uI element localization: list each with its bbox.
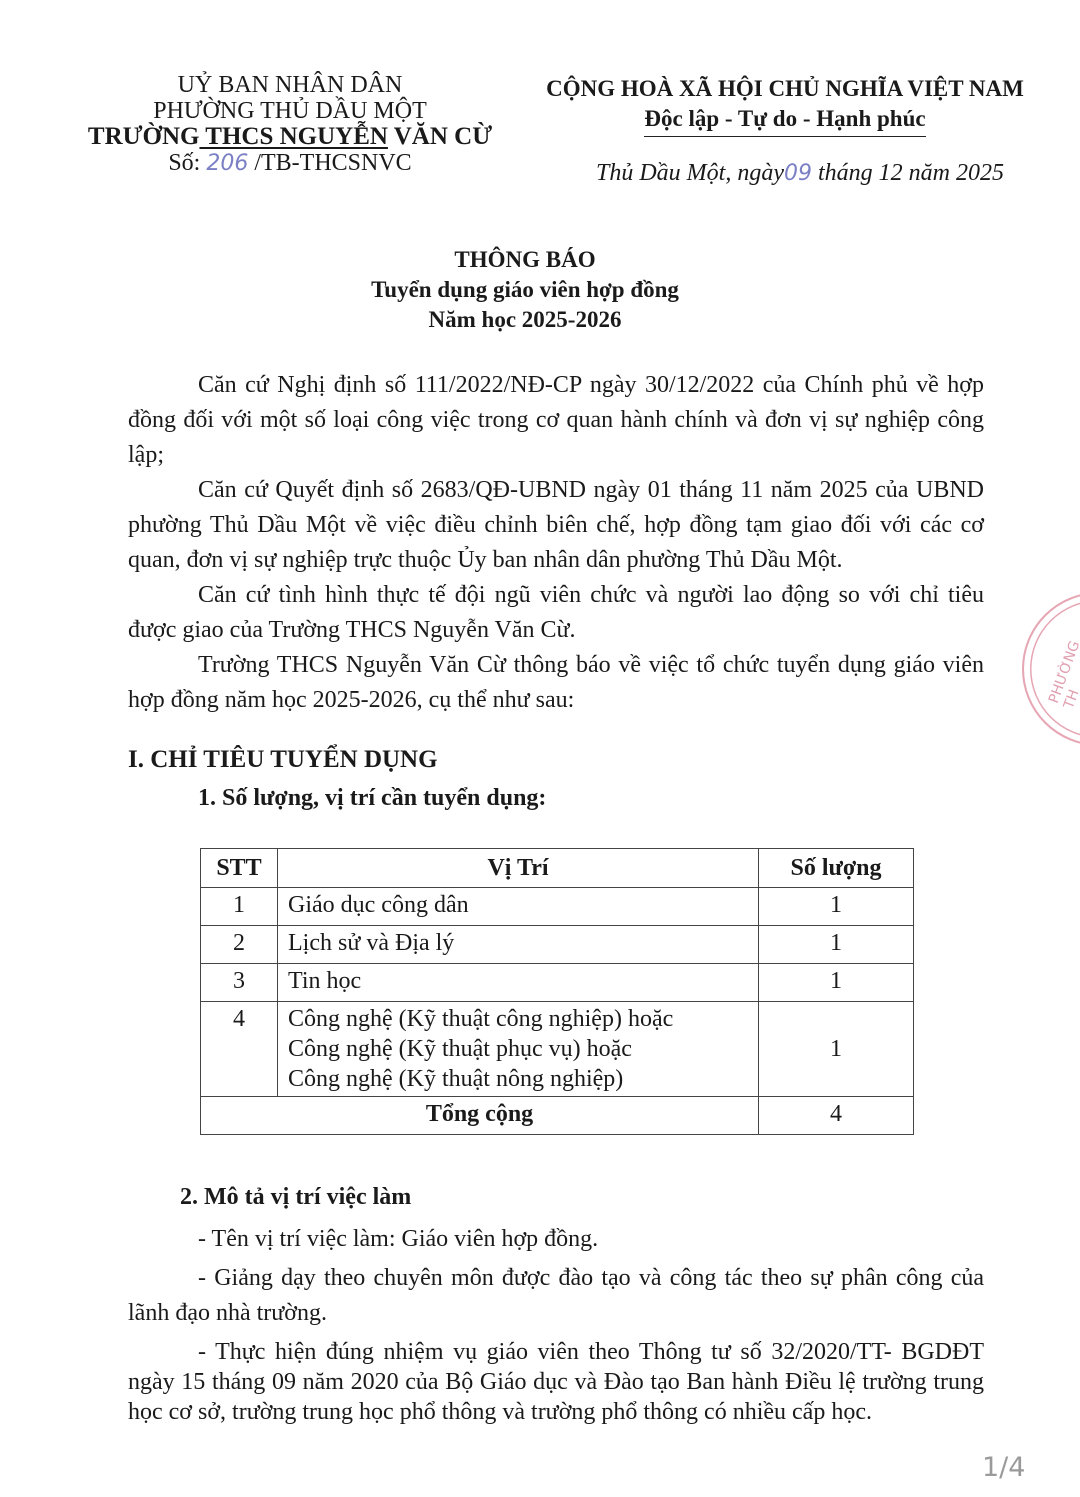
table-header-row: STT Vị Trí Số lượng xyxy=(201,849,914,888)
paragraph: Căn cứ tình hình thực tế đội ngũ viên ch… xyxy=(128,578,984,648)
national-motto: Độc lập - Tự do - Hạnh phúc xyxy=(644,104,925,137)
total-value: 4 xyxy=(759,1097,914,1135)
title-main: THÔNG BÁO xyxy=(0,245,1050,275)
table-row: 4 Công nghệ (Kỹ thuật công nghiệp) hoặc … xyxy=(201,1002,914,1097)
nation-name: CỘNG HOÀ XÃ HỘI CHỦ NGHĨA VIỆT NAM xyxy=(520,74,1050,104)
date-line: Thủ Dầu Một, ngày09 tháng 12 năm 2025 xyxy=(560,160,1040,187)
list-item: - Tên vị trí việc làm: Giáo viên hợp đồn… xyxy=(128,1220,984,1258)
school-name: TRƯỜNG THCS NGUYỄN VĂN CỪ xyxy=(70,124,510,150)
table-row: 2 Lịch sử và Địa lý 1 xyxy=(201,926,914,964)
table-row: 1 Giáo dục công dân 1 xyxy=(201,888,914,926)
list-item: - Giảng dạy theo chuyên môn được đào tạo… xyxy=(128,1261,984,1331)
national-header-block: CỘNG HOÀ XÃ HỘI CHỦ NGHĨA VIỆT NAM Độc l… xyxy=(520,74,1050,137)
preamble: Căn cứ Nghị định số 111/2022/NĐ-CP ngày … xyxy=(128,368,984,718)
title-sub-1: Tuyển dụng giáo viên hợp đồng xyxy=(0,275,1050,305)
section-1-subheading: 1. Số lượng, vị trí cần tuyển dụng: xyxy=(198,785,546,812)
authority-line-1: UỶ BAN NHÂN DÂN xyxy=(70,72,510,98)
table-total-row: Tổng cộng 4 xyxy=(201,1097,914,1135)
section-2-heading: 2. Mô tả vị trí việc làm xyxy=(180,1184,411,1211)
header-stt: STT xyxy=(201,849,278,888)
issuing-authority-block: UỶ BAN NHÂN DÂN PHƯỜNG THỦ DẦU MỘT TRƯỜN… xyxy=(70,72,510,177)
header-position: Vị Trí xyxy=(278,849,759,888)
list-item: - Thực hiện đúng nhiệm vụ giáo viên theo… xyxy=(128,1337,984,1427)
title-sub-2: Năm học 2025-2026 xyxy=(0,305,1050,335)
header-quantity: Số lượng xyxy=(759,849,914,888)
table-row: 3 Tin học 1 xyxy=(201,964,914,1002)
total-label: Tổng cộng xyxy=(201,1097,759,1135)
handwritten-day: 09 xyxy=(784,161,812,186)
handwritten-number: 206 xyxy=(206,151,248,176)
paragraph: Căn cứ Nghị định số 111/2022/NĐ-CP ngày … xyxy=(128,368,984,473)
section-1-heading: I. CHỈ TIÊU TUYỂN DỤNG xyxy=(128,746,438,774)
paragraph: Trường THCS Nguyễn Văn Cừ thông báo về v… xyxy=(128,648,984,718)
document-title: THÔNG BÁO Tuyển dụng giáo viên hợp đồng … xyxy=(0,245,1050,335)
page-indicator: 1/4 xyxy=(982,1452,1025,1483)
paragraph: Căn cứ Quyết định số 2683/QĐ-UBND ngày 0… xyxy=(128,473,984,578)
document-number: Số: 206 /TB-THCSNVC xyxy=(70,150,510,177)
authority-line-2: PHƯỜNG THỦ DẦU MỘT xyxy=(70,98,510,124)
job-description: - Tên vị trí việc làm: Giáo viên hợp đồn… xyxy=(128,1220,984,1427)
positions-table: STT Vị Trí Số lượng 1 Giáo dục công dân … xyxy=(200,848,914,1135)
